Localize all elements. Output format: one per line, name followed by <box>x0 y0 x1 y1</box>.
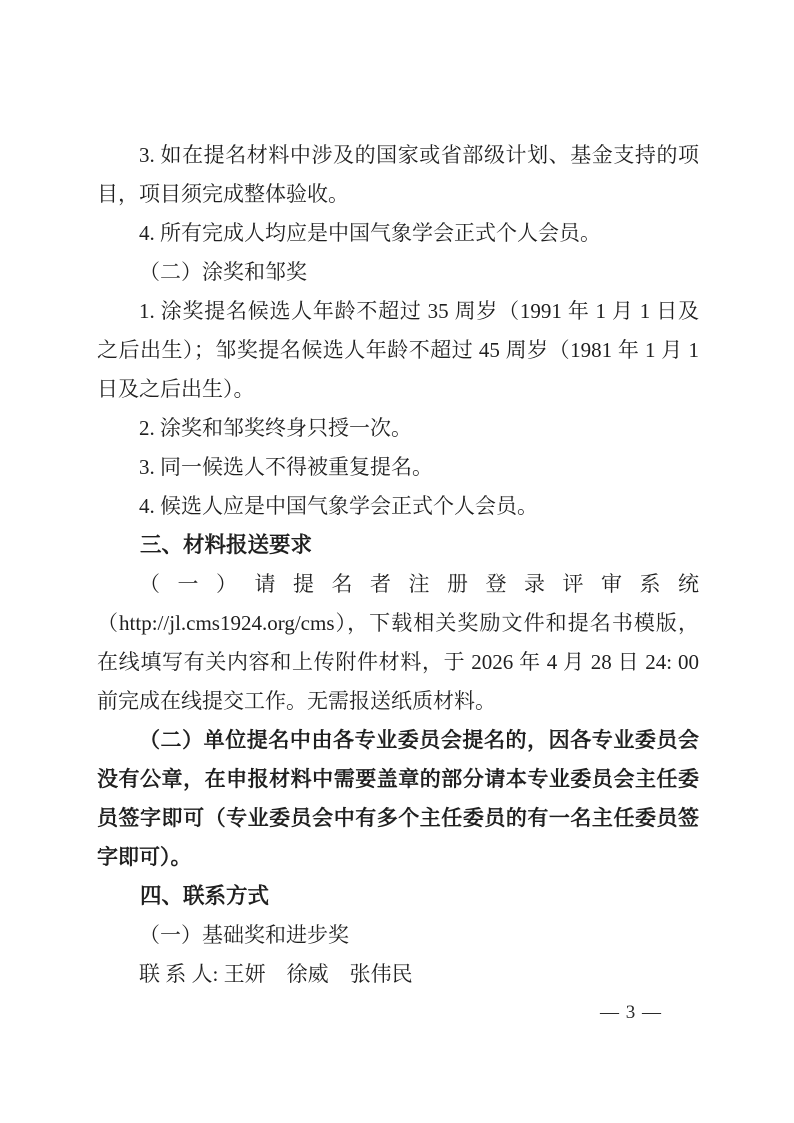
document-page: 3. 如在提名材料中涉及的国家或省部级计划、基金支持的项目，项目须完成整体验收。… <box>0 0 794 1123</box>
paragraph: 2. 涂奖和邹奖终身只授一次。 <box>97 409 699 448</box>
paragraph: 1. 涂奖提名候选人年龄不超过 35 周岁（1991 年 1 月 1 日及之后出… <box>97 292 699 409</box>
paragraph: （二）单位提名中由各专业委员会提名的，因各专业委员会没有公章，在申报材料中需要盖… <box>97 721 699 877</box>
paragraph: （一）请提名者注册登录评审系统（http://jl.cms1924.org/cm… <box>97 565 699 721</box>
paragraph: 3. 同一候选人不得被重复提名。 <box>97 448 699 487</box>
page-number: — 3 — <box>600 999 662 1027</box>
section-heading: 四、联系方式 <box>97 877 699 916</box>
paragraph: 3. 如在提名材料中涉及的国家或省部级计划、基金支持的项目，项目须完成整体验收。 <box>97 136 699 214</box>
paragraph: 4. 候选人应是中国气象学会正式个人会员。 <box>97 487 699 526</box>
paragraph: （二）涂奖和邹奖 <box>97 253 699 292</box>
paragraph: 4. 所有完成人均应是中国气象学会正式个人会员。 <box>97 214 699 253</box>
section-heading: 三、材料报送要求 <box>97 526 699 565</box>
paragraph: 联 系 人: 王妍 徐威 张伟民 <box>97 955 699 994</box>
document-content: 3. 如在提名材料中涉及的国家或省部级计划、基金支持的项目，项目须完成整体验收。… <box>97 136 699 994</box>
paragraph: （一）基础奖和进步奖 <box>97 916 699 955</box>
